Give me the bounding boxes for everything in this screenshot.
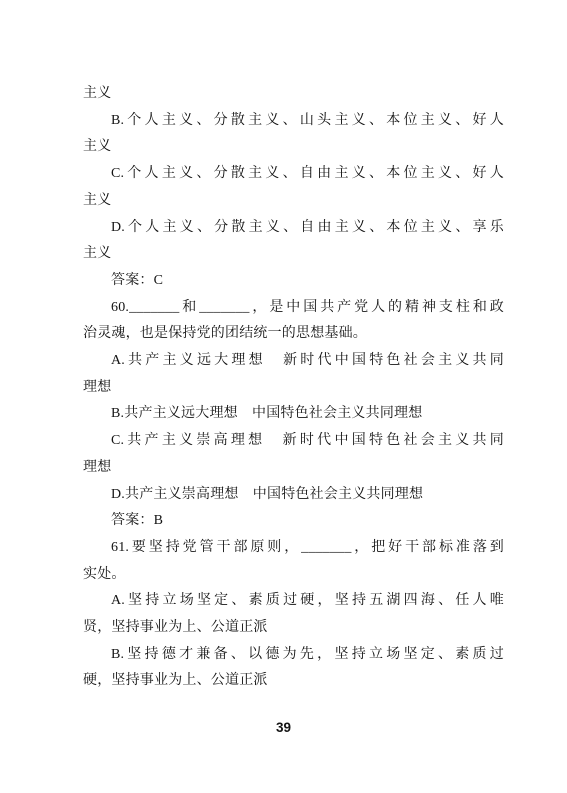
text-line: A.坚持立场坚定、素质过硬，坚持五湖四海、任人唯 (83, 588, 504, 615)
text-line: B.共产主义远大理想 中国特色社会主义共同理想 (83, 401, 504, 428)
page-number: 39 (0, 720, 567, 735)
text-line: B.坚持德才兼备、以德为先，坚持立场坚定、素质过 (83, 642, 504, 669)
text-line: 贤，坚持事业为上、公道正派 (83, 615, 504, 642)
text-line: 主义 (83, 81, 504, 108)
document-text: 主义B.个人主义、分散主义、山头主义、本位主义、好人主义C.个人主义、分散主义、… (83, 81, 504, 695)
document-page: 主义B.个人主义、分散主义、山头主义、本位主义、好人主义C.个人主义、分散主义、… (0, 0, 567, 793)
text-line: 实处。 (83, 562, 504, 589)
text-line: 理想 (83, 455, 504, 482)
text-line: 主义 (83, 241, 504, 268)
text-line: B.个人主义、分散主义、山头主义、本位主义、好人 (83, 108, 504, 135)
text-line: 61.要坚持党管干部原则，_______，把好干部标准落到 (83, 535, 504, 562)
text-line: 60._______和_______，是中国共产党人的精神支柱和政 (83, 295, 504, 322)
text-line: 硬，坚持事业为上、公道正派 (83, 668, 504, 695)
text-line: 治灵魂，也是保持党的团结统一的思想基础。 (83, 321, 504, 348)
text-line: A.共产主义远大理想 新时代中国特色社会主义共同 (83, 348, 504, 375)
text-line: D.个人主义、分散主义、自由主义、本位主义、享乐 (83, 215, 504, 242)
text-line: 主义 (83, 134, 504, 161)
text-line: 主义 (83, 188, 504, 215)
text-line: 答案：B (83, 508, 504, 535)
text-line: D.共产主义崇高理想 中国特色社会主义共同理想 (83, 482, 504, 509)
text-line: C.个人主义、分散主义、自由主义、本位主义、好人 (83, 161, 504, 188)
text-line: C.共产主义崇高理想 新时代中国特色社会主义共同 (83, 428, 504, 455)
text-line: 答案：C (83, 268, 504, 295)
text-line: 理想 (83, 375, 504, 402)
